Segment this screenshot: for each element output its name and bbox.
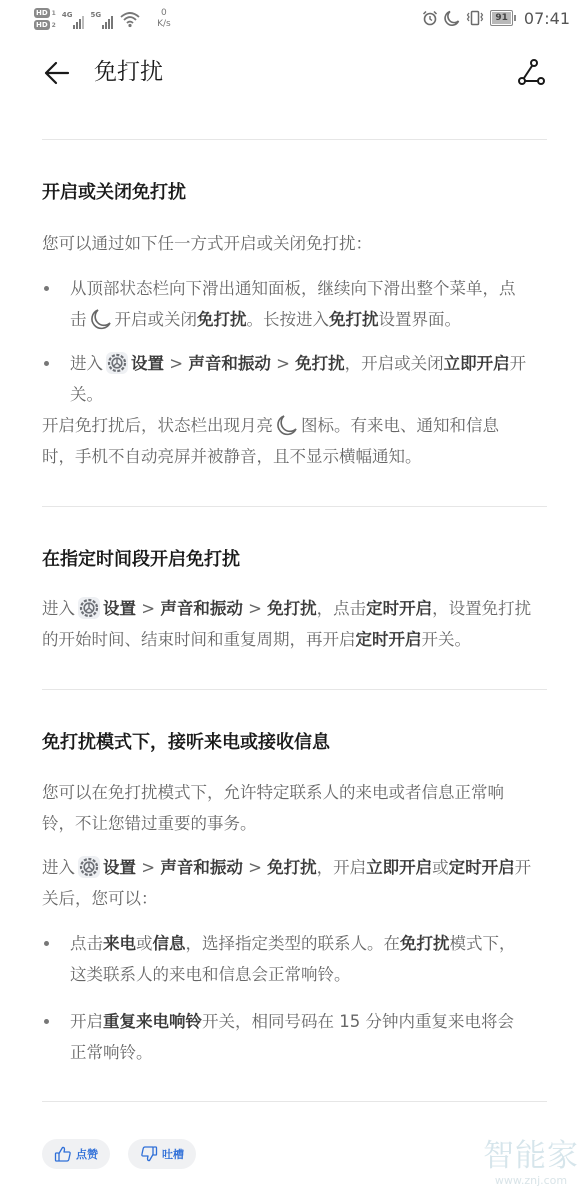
section-heading: 免打扰模式下，接听来电或接收信息: [42, 730, 330, 756]
status-bar: HD 1 HD 2 4G 5G 0 K/s: [0, 0, 588, 36]
like-label: 点赞: [76, 1146, 98, 1162]
divider: [42, 139, 547, 140]
list-item: 从顶部状态栏向下滑出通知面板，继续向下滑出整个菜单，点击开启或关闭免打扰。长按进…: [42, 273, 547, 335]
section-paragraph: 开启免打扰后，状态栏出现月亮图标。有来电、通知和信息时，手机不自动亮屏并被静音，…: [42, 410, 547, 472]
app-header: 免打扰: [0, 44, 588, 100]
sim-slot-2: 2: [52, 22, 56, 29]
share-button[interactable]: [514, 56, 546, 88]
signal-4g-icon: 4G: [62, 9, 85, 29]
dislike-label: 吐槽: [162, 1146, 184, 1162]
divider: [42, 689, 547, 690]
speed-unit: K/s: [157, 19, 171, 30]
settings-gear-icon: [78, 597, 100, 619]
battery-level: 91: [492, 12, 511, 24]
list-item-text: 进入设置 > 声音和振动 > 免打扰，开启或关闭立即开启开关。: [70, 348, 547, 410]
moon-icon: [90, 308, 112, 330]
wifi-icon: [119, 10, 141, 28]
list-item-text: 从顶部状态栏向下滑出通知面板，继续向下滑出整个菜单，点击开启或关闭免打扰。长按进…: [70, 273, 547, 335]
divider: [42, 506, 547, 507]
thumbs-down-icon: [140, 1145, 158, 1163]
share-icon: [514, 56, 546, 88]
settings-gear-icon: [78, 856, 100, 878]
vibrate-icon: [466, 10, 484, 26]
page-title: 免打扰: [94, 56, 163, 88]
arrow-left-icon: [42, 58, 72, 88]
list-item: 进入设置 > 声音和振动 > 免打扰，开启或关闭立即开启开关。: [42, 348, 547, 410]
section-heading: 开启或关闭免打扰: [42, 180, 186, 206]
like-button[interactable]: 点赞: [42, 1139, 110, 1169]
sim1-indicator: HD 1: [34, 8, 56, 18]
sim-slot-1: 1: [52, 10, 56, 17]
moon-icon: [276, 414, 298, 436]
hd-badge: HD: [34, 20, 50, 30]
section-intro: 您可以在免打扰模式下，允许特定联系人的来电或者信息正常响铃，不让您错过重要的事务…: [42, 777, 547, 839]
sim-indicators: HD 1 HD 2: [34, 8, 56, 30]
thumbs-up-icon: [54, 1145, 72, 1163]
divider: [42, 1101, 547, 1102]
bullet: [44, 941, 49, 946]
bullet: [44, 1019, 49, 1024]
bullet: [44, 286, 49, 291]
sim2-indicator: HD 2: [34, 20, 56, 30]
status-left: HD 1 HD 2 4G 5G 0 K/s: [34, 4, 171, 34]
watermark-brand: 智能家: [478, 1138, 584, 1174]
alarm-icon: [422, 10, 438, 26]
section-heading: 在指定时间段开启免打扰: [42, 547, 240, 573]
watermark-url: www.znj.com: [478, 1174, 584, 1188]
moon-icon: [444, 10, 460, 26]
clock: 07:41: [524, 9, 570, 28]
hd-badge: HD: [34, 8, 50, 18]
network-type-label: 4G: [62, 11, 73, 19]
network-speed: 0 K/s: [157, 8, 171, 30]
settings-gear-icon: [106, 352, 128, 374]
section-paragraph: 进入设置 > 声音和振动 > 免打扰，点击定时开启，设置免打扰的开始时间、结束时…: [42, 593, 547, 655]
bullet: [44, 361, 49, 366]
status-right: 91 07:41: [422, 6, 570, 30]
list-item: 点击来电或信息，选择指定类型的联系人。在免打扰模式下，这类联系人的来电和信息会正…: [42, 928, 547, 990]
watermark: 智能家 www.znj.com: [478, 1138, 584, 1188]
list-item-text: 开启重复来电响铃开关，相同号码在 15 分钟内重复来电将会正常响铃。: [70, 1006, 547, 1068]
speed-value: 0: [161, 8, 167, 19]
list-item-text: 点击来电或信息，选择指定类型的联系人。在免打扰模式下，这类联系人的来电和信息会正…: [70, 928, 547, 990]
network-type-label: 5G: [90, 11, 101, 19]
dislike-button[interactable]: 吐槽: [128, 1139, 196, 1169]
list-item: 开启重复来电响铃开关，相同号码在 15 分钟内重复来电将会正常响铃。: [42, 1006, 547, 1068]
section-paragraph: 进入设置 > 声音和振动 > 免打扰，开启立即开启或定时开启开关后，您可以：: [42, 852, 547, 914]
back-button[interactable]: [42, 58, 72, 88]
battery-icon: 91: [490, 10, 516, 26]
signal-5g-icon: 5G: [90, 9, 113, 29]
section-intro: 您可以通过如下任一方式开启或关闭免打扰：: [42, 228, 547, 259]
